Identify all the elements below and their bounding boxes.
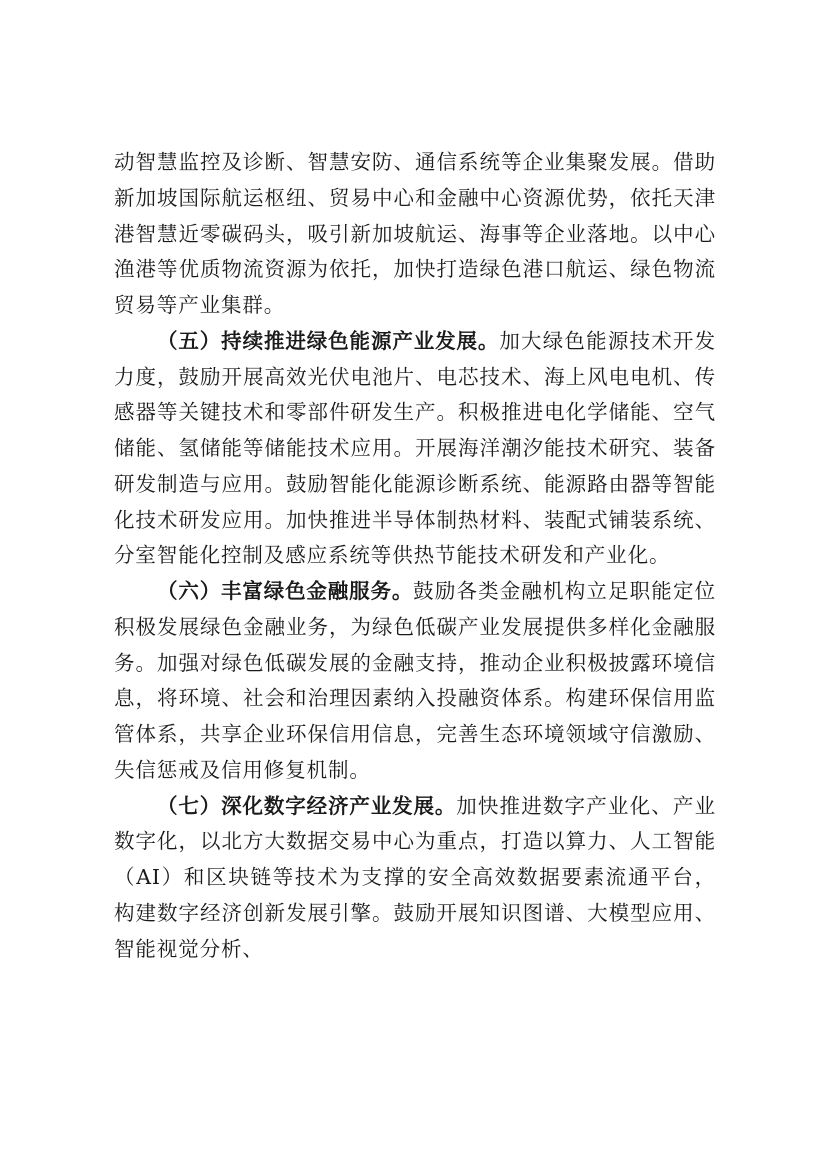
section-heading: （七）深化数字经济产业发展。 xyxy=(157,794,456,818)
section-heading: （五）持续推进绿色能源产业发展。 xyxy=(157,329,499,353)
paragraph-green-energy: （五）持续推进绿色能源产业发展。加大绿色能源技术开发力度，鼓励开展高效光伏电池片… xyxy=(114,324,716,574)
paragraph-body: 鼓励各类金融机构立足职能定位积极发展绿色金融业务，为绿色低碳产业发展提供多样化金… xyxy=(114,579,716,782)
section-heading: （六）丰富绿色金融服务。 xyxy=(157,579,413,603)
paragraph-green-finance: （六）丰富绿色金融服务。鼓励各类金融机构立足职能定位积极发展绿色金融业务，为绿色… xyxy=(114,574,716,789)
paragraph-body: 动智慧监控及诊断、智慧安防、通信系统等企业集聚发展。借助新加坡国际航运枢纽、贸易… xyxy=(114,150,716,317)
paragraph-body: 加快推进数字产业化、产业数字化，以北方大数据交易中心为重点，打造以算力、人工智能… xyxy=(114,794,716,961)
paragraph-body: 加大绿色能源技术开发力度，鼓励开展高效光伏电池片、电芯技术、海上风电电机、传感器… xyxy=(114,329,716,568)
paragraph-continuation: 动智慧监控及诊断、智慧安防、通信系统等企业集聚发展。借助新加坡国际航运枢纽、贸易… xyxy=(114,145,716,324)
document-page: 动智慧监控及诊断、智慧安防、通信系统等企业集聚发展。借助新加坡国际航运枢纽、贸易… xyxy=(114,145,716,967)
paragraph-digital-economy: （七）深化数字经济产业发展。加快推进数字产业化、产业数字化，以北方大数据交易中心… xyxy=(114,789,716,968)
